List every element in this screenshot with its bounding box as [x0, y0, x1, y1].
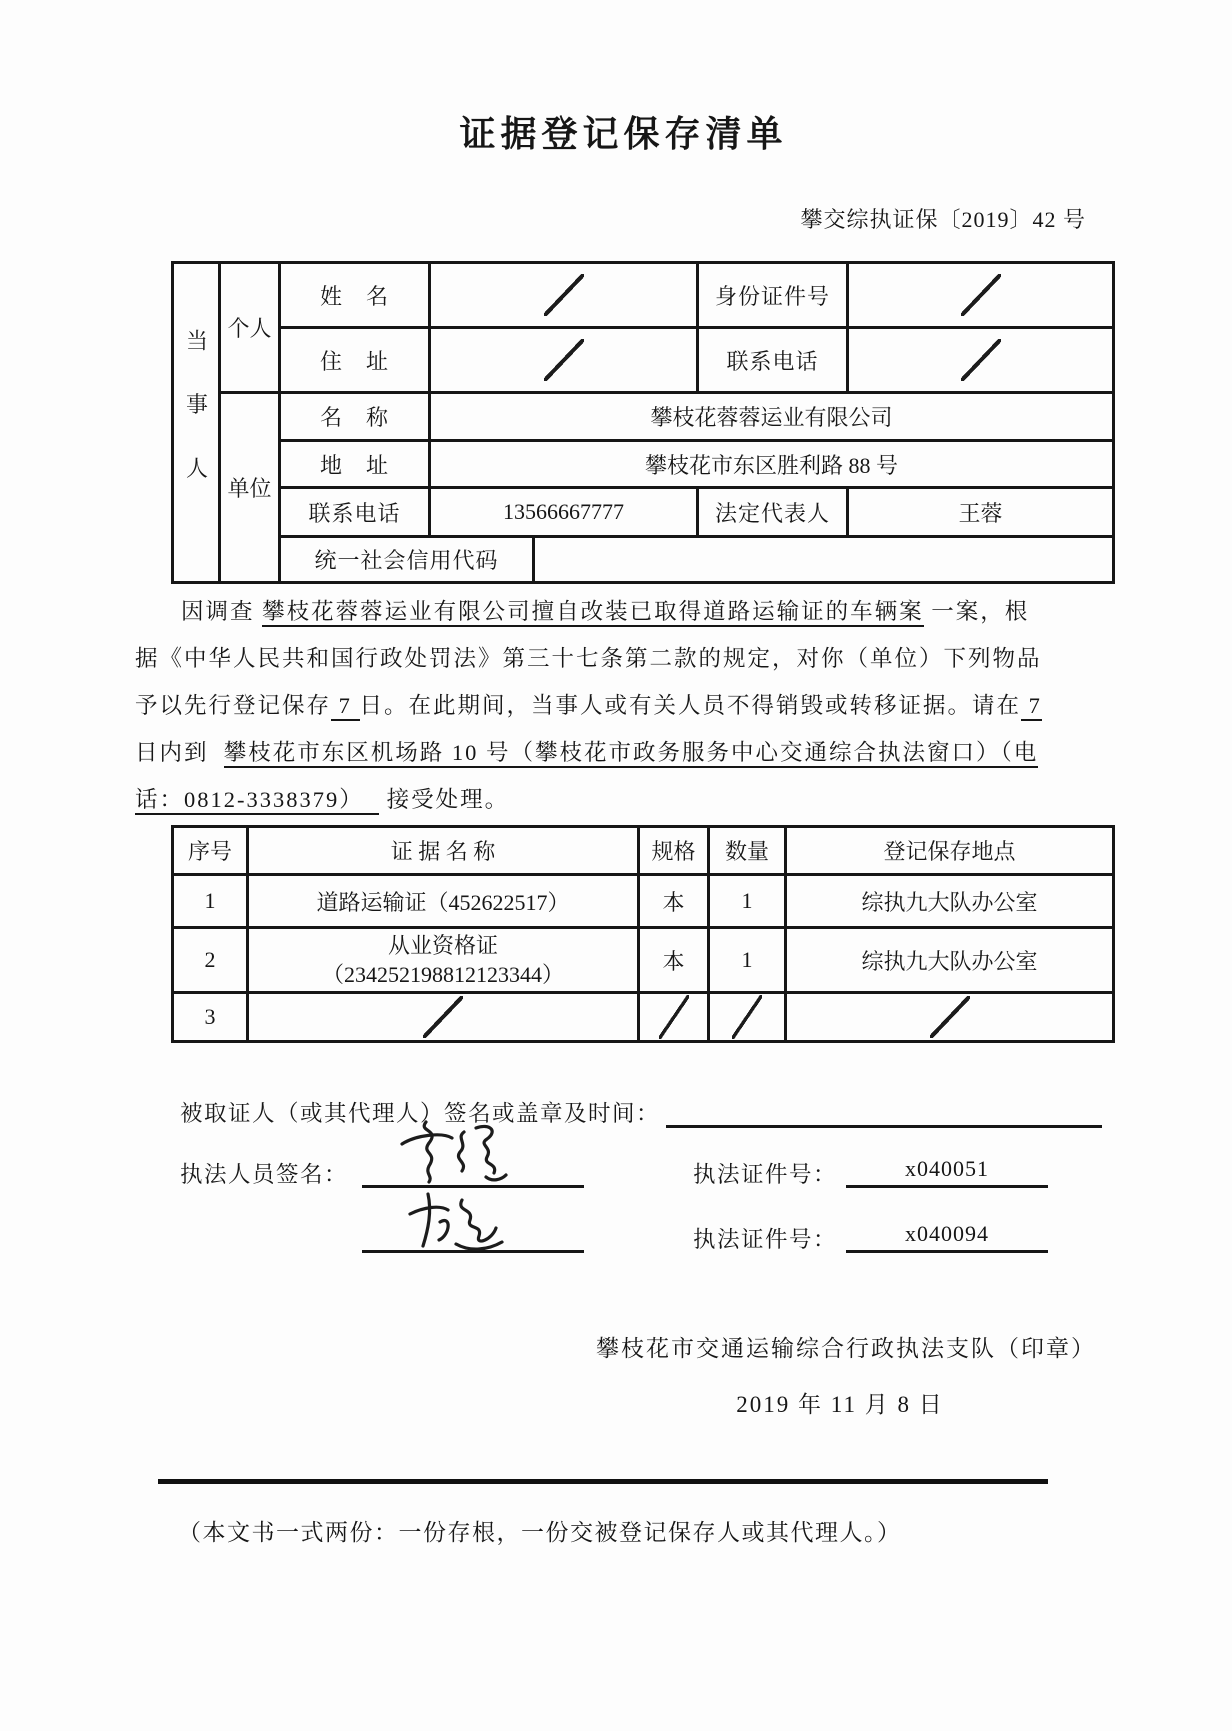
empty-slash-icon	[544, 274, 584, 316]
cert-number-line-1: x040051	[846, 1132, 1048, 1188]
paragraph-line: 据《中华人民共和国行政处罚法》第三十七条第二款的规定，对你（单位）下列物品	[135, 635, 1113, 682]
empty-slash-icon	[732, 995, 762, 1039]
party-header-label: 当事人	[181, 329, 212, 520]
notice-paragraph: 因调查 攀枝花蓉蓉运业有限公司擅自改装已取得道路运输证的车辆案 一案，根 据《中…	[135, 588, 1113, 823]
person-name-value	[430, 263, 698, 328]
cert-number-value-2: x040094	[905, 1221, 989, 1250]
empty-slash-icon	[961, 274, 1001, 316]
evidence-location	[786, 993, 1114, 1042]
empty-slash-icon	[544, 339, 584, 381]
unit-name-label: 名 称	[280, 393, 430, 441]
witness-signature-blank-line	[666, 1098, 1102, 1128]
row-no: 3	[173, 993, 248, 1042]
evidence-qty	[709, 993, 786, 1042]
cert-number-line-2: x040094	[846, 1197, 1048, 1253]
person-address-value	[430, 328, 698, 393]
unit-phone-label: 联系电话	[280, 488, 430, 537]
col-header-location: 登记保存地点	[786, 827, 1114, 875]
scanned-document-page: 证据登记保存清单 攀交综执证保〔2019〕42 号 当事人 个人 姓 名 身份证…	[0, 0, 1232, 1731]
evidence-name: 从业资格证（234252198812123344）	[248, 928, 639, 993]
footer-note: （本文书一式两份：一份存根，一份交被登记保存人或其代理人。）	[178, 1514, 902, 1547]
unit-name-value: 攀枝花蓉蓉运业有限公司	[430, 393, 1114, 441]
cert-number-label-2: 执法证件号：	[693, 1222, 837, 1254]
days-underlined: 7	[331, 693, 360, 721]
cert-number-value-1: x040051	[905, 1156, 989, 1185]
person-phone-value	[848, 328, 1114, 393]
col-header-spec: 规格	[639, 827, 709, 875]
evidence-name: 道路运输证（452622517）	[248, 875, 639, 928]
person-phone-label: 联系电话	[698, 328, 848, 393]
col-header-evidence-name: 证 据 名 称	[248, 827, 639, 875]
paragraph-line: 因调查 攀枝花蓉蓉运业有限公司擅自改装已取得道路运输证的车辆案 一案，根	[135, 588, 1113, 635]
evidence-spec: 本	[639, 875, 709, 928]
unit-phone-value: 13566667777	[430, 488, 698, 537]
person-address-label: 住 址	[280, 328, 430, 393]
document-reference-number: 攀交综执证保〔2019〕42 号	[0, 203, 1086, 234]
empty-slash-icon	[659, 995, 689, 1039]
days-underlined: 7	[1021, 693, 1042, 721]
legal-rep-value: 王蓉	[848, 488, 1114, 537]
paragraph-line: 予以先行登记保存 7 日。在此期间，当事人或有关人员不得销毁或转移证据。请在 7	[135, 682, 1113, 729]
evidence-table: 序号 证 据 名 称 规格 数量 登记保存地点 1 道路运输证（45262251…	[171, 825, 1115, 1043]
person-name-label: 姓 名	[280, 263, 430, 328]
paragraph-line: 话：0812-3338379） 接受处理。	[135, 776, 1113, 823]
empty-slash-icon	[423, 996, 463, 1038]
footer-divider	[158, 1479, 1048, 1484]
unit-address-value: 攀枝花市东区胜利路 88 号	[430, 441, 1114, 488]
paragraph-line: 日内到 攀枝花市东区机场路 10 号（攀枝花市政务服务中心交通综合执法窗口）（电	[135, 729, 1113, 776]
person-id-label: 身份证件号	[698, 263, 848, 328]
evidence-location: 综执九大队办公室	[786, 928, 1114, 993]
handwritten-signature-2	[398, 1186, 523, 1254]
issue-date: 2019 年 11 月 8 日	[720, 1386, 960, 1419]
credit-code-value	[534, 537, 1114, 583]
credit-code-label: 统一社会信用代码	[280, 537, 534, 583]
handwritten-signature-1	[388, 1116, 518, 1188]
issuing-authority-line: 攀枝花市交通运输综合行政执法支队（印章）	[500, 1330, 1096, 1363]
col-header-no: 序号	[173, 827, 248, 875]
phone-underlined: 话：0812-3338379）	[135, 787, 379, 815]
address-underlined: 攀枝花市东区机场路 10 号（攀枝花市政务服务中心交通综合执法窗口）（电	[224, 740, 1039, 768]
officer-signature-label: 执法人员签名：	[180, 1157, 348, 1189]
unit-group-cell: 单位	[220, 393, 280, 583]
case-name-underlined: 攀枝花蓉蓉运业有限公司擅自改装已取得道路运输证的车辆案	[262, 599, 924, 627]
evidence-qty: 1	[709, 928, 786, 993]
empty-slash-icon	[961, 339, 1001, 381]
cert-number-label-1: 执法证件号：	[693, 1157, 837, 1189]
row-no: 1	[173, 875, 248, 928]
col-header-qty: 数量	[709, 827, 786, 875]
document-title: 证据登记保存清单	[135, 106, 1112, 157]
evidence-location: 综执九大队办公室	[786, 875, 1114, 928]
evidence-spec: 本	[639, 928, 709, 993]
table-row: 2 从业资格证（234252198812123344） 本 1 综执九大队办公室	[173, 928, 1114, 993]
person-id-value	[848, 263, 1114, 328]
evidence-spec	[639, 993, 709, 1042]
table-row: 1 道路运输证（452622517） 本 1 综执九大队办公室	[173, 875, 1114, 928]
empty-slash-icon	[930, 996, 970, 1038]
party-header-cell: 当事人	[173, 263, 220, 583]
party-info-table: 当事人 个人 姓 名 身份证件号 住 址 联系电话 单位 名 称 攀枝花蓉蓉运业…	[171, 261, 1115, 584]
evidence-name	[248, 993, 639, 1042]
table-row: 3	[173, 993, 1114, 1042]
unit-address-label: 地 址	[280, 441, 430, 488]
person-group-cell: 个人	[220, 263, 280, 393]
row-no: 2	[173, 928, 248, 993]
legal-rep-label: 法定代表人	[698, 488, 848, 537]
witness-signature-row: 被取证人（或其代理人）签名或盖章及时间：	[180, 1096, 1102, 1128]
evidence-qty: 1	[709, 875, 786, 928]
